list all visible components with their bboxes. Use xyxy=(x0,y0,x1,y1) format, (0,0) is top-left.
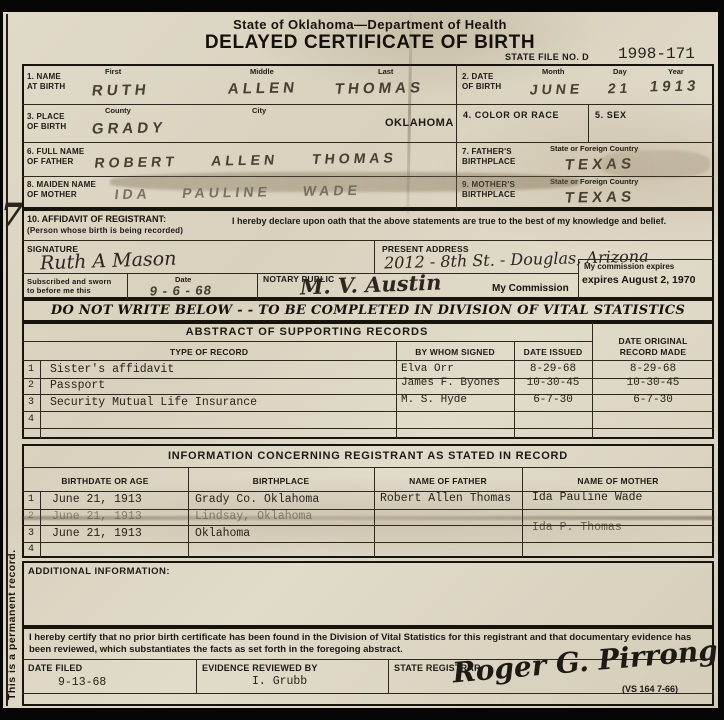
notary-signature: M. V. Austin xyxy=(300,270,442,300)
right-edge-smudge xyxy=(600,150,710,178)
mother-birthplace-value: TEXAS xyxy=(564,188,636,206)
abstract-row-num: 3 xyxy=(22,397,40,408)
abstract-row-signed: James F. Byones xyxy=(401,377,500,389)
abstract-row-issued: 10-30-45 xyxy=(514,377,592,389)
sworn-date-value: 9 - 6 - 68 xyxy=(149,282,213,298)
info-row-mother: Ida Pauline Wade xyxy=(532,491,642,504)
commission-expires-value: expires August 2, 1970 xyxy=(582,274,695,286)
dob-day-value: 21 xyxy=(607,80,633,96)
abstract-row-issued: 8-29-68 xyxy=(514,363,592,375)
abstract-title: ABSTRACT OF SUPPORTING RECORDS xyxy=(22,326,592,338)
info-row-num: 4 xyxy=(22,544,40,555)
margin-stray-mark: 7 xyxy=(1,196,23,234)
state-file-no-label: STATE FILE NO. D xyxy=(505,52,589,62)
abstract-header-issued: DATE ISSUED xyxy=(514,347,592,358)
abstract-row-signed: Elva Orr xyxy=(401,363,454,375)
dob-month-value: JUNE xyxy=(529,81,584,98)
info-row-num: 3 xyxy=(22,528,40,539)
date-of-birth-label: 2. DATE OF BIRTH xyxy=(462,72,501,92)
father-birthplace-label: 7. FATHER'S BIRTHPLACE xyxy=(462,147,516,167)
abstract-header-type: TYPE OF RECORD xyxy=(22,347,396,358)
first-sublabel: First xyxy=(105,67,121,76)
affidavit-declaration: I hereby declare upon oath that the abov… xyxy=(232,216,712,226)
dob-year-value: 1913 xyxy=(649,78,701,96)
place-county-value: GRADY xyxy=(91,119,167,137)
abstract-row-num: 2 xyxy=(22,380,40,391)
father-name-label: 6. FULL NAME OF FATHER xyxy=(27,147,84,167)
abstract-row-original: 6-7-30 xyxy=(592,394,714,406)
place-of-birth-label: 3. PLACE OF BIRTH xyxy=(27,112,66,132)
abstract-row-type: Sister's affidavit xyxy=(50,363,174,376)
document-title: DELAYED CERTIFICATE OF BIRTH xyxy=(160,32,580,54)
info-row-birthdate: June 21, 1913 xyxy=(52,493,142,506)
sworn-label: Subscribed and sworn to before me this xyxy=(27,277,111,296)
name-at-birth-label: 1. NAME AT BIRTH xyxy=(27,72,65,92)
affidavit-sublabel: (Person whose birth is being recorded) xyxy=(27,226,183,236)
info-header-father: NAME OF FATHER xyxy=(374,476,522,487)
info-header-birthplace: BIRTHPLACE xyxy=(188,476,374,487)
maiden-name-smudge xyxy=(110,172,580,192)
name-middle-value: ALLEN xyxy=(227,79,299,97)
date-filed-value: 9-13-68 xyxy=(58,676,106,689)
evidence-reviewed-label: EVIDENCE REVIEWED BY xyxy=(202,663,318,674)
year-sublabel: Year xyxy=(668,67,684,76)
form-number: (VS 164 7-66) xyxy=(622,684,678,694)
last-sublabel: Last xyxy=(378,67,393,76)
abstract-row-type: Passport xyxy=(50,379,105,392)
affidavit-label: 10. AFFIDAVIT OF REGISTRANT: xyxy=(27,214,166,224)
abstract-row-issued: 6-7-30 xyxy=(514,394,592,406)
abstract-header-original: DATE ORIGINAL RECORD MADE xyxy=(592,336,714,357)
name-first-value: RUTH xyxy=(91,81,151,99)
sex-label: 5. SEX xyxy=(595,110,627,120)
info-header-mother: NAME OF MOTHER xyxy=(522,476,714,487)
county-sublabel: County xyxy=(105,106,131,115)
commission-expires-label: My commission expires xyxy=(584,262,674,271)
info-title: INFORMATION CONCERNING REGISTRANT AS STA… xyxy=(22,450,714,462)
day-sublabel: Day xyxy=(613,67,627,76)
date-filed-label: DATE FILED xyxy=(28,663,82,674)
info-header-birthdate: BIRTHDATE OR AGE xyxy=(22,476,188,487)
month-sublabel: Month xyxy=(542,67,565,76)
evidence-reviewed-value: I. Grubb xyxy=(252,675,307,688)
abstract-header-signed: BY WHOM SIGNED xyxy=(396,347,514,358)
horizontal-crease xyxy=(22,516,714,520)
color-or-race-label: 4. COLOR OR RACE xyxy=(463,110,559,120)
abstract-row-original: 8-29-68 xyxy=(592,363,714,375)
mother-maiden-label: 8. MAIDEN NAME OF MOTHER xyxy=(27,180,96,200)
middle-sublabel: Middle xyxy=(250,67,274,76)
do-not-write-text: DO NOT WRITE BELOW - - TO BE COMPLETED I… xyxy=(22,303,714,318)
additional-info-label: ADDITIONAL INFORMATION: xyxy=(28,566,170,577)
agency-title: State of Oklahoma—Department of Health xyxy=(160,17,580,32)
info-row-num: 1 xyxy=(22,494,40,505)
abstract-row-num: 4 xyxy=(22,414,40,425)
info-row-birthplace: Grady Co. Oklahoma xyxy=(195,493,319,506)
abstract-row-num: 1 xyxy=(22,364,40,375)
abstract-row-signed: M. S. Hyde xyxy=(401,394,467,406)
place-state-printed: OKLAHOMA xyxy=(385,117,454,129)
info-row-father: Robert Allen Thomas xyxy=(380,492,511,505)
info-row-birthdate: June 21, 1913 xyxy=(52,527,142,540)
my-commission-text: My Commission xyxy=(492,283,569,294)
abstract-row-original: 10-30-45 xyxy=(592,377,714,389)
abstract-row-type: Security Mutual Life Insurance xyxy=(50,396,257,409)
city-sublabel: City xyxy=(252,106,266,115)
info-row-mother: Ida P. Thomas xyxy=(532,521,622,534)
info-row-birthplace: Oklahoma xyxy=(195,527,250,540)
scanned-certificate: 7 This is a permanent record. State of O… xyxy=(0,0,724,720)
permanent-record-note: This is a permanent record. xyxy=(6,425,20,700)
state-file-no-value: 1998-171 xyxy=(618,45,695,63)
